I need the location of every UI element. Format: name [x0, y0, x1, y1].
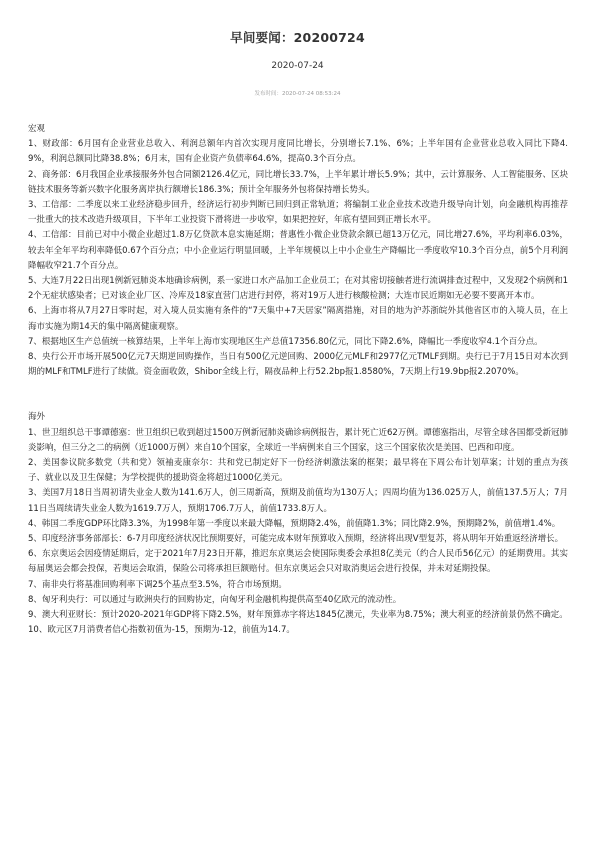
news-item: 6、上海市将从7月27日零时起，对入境人员实施有条件的“7天集中+7天居家”隔离… — [28, 304, 568, 334]
news-item: 2、美国参议院多数党（共和党）领袖麦康奈尔：共和党已制定好下一份经济刺激法案的框… — [28, 456, 568, 486]
news-item: 6、东京奥运会因疫情延期后，定于2021年7月23日开幕，推迟东京奥运会使国际奥… — [28, 547, 568, 577]
news-item: 7、南非央行将基准回购利率下调25个基点至3.5%，符合市场预期。 — [28, 578, 568, 593]
news-item: 4、工信部：目前已对中小微企业超过1.8万亿贷款本息实施延期；普惠性小微企业贷款… — [28, 228, 568, 274]
article-body: 宏观 1、财政部：6月国有企业营业总收入、利润总额年内首次实现月度同比增长，分别… — [28, 122, 568, 639]
section-title-overseas: 海外 — [28, 410, 568, 425]
news-item: 5、印度经济事务部部长：6-7月印度经济状况比预期要好，可能完成本财年预算收入预… — [28, 532, 568, 547]
publish-time-value: 2020-07-24 08:53:24 — [282, 91, 340, 97]
news-item: 9、澳大利亚财长：预计2020-2021年GDP将下降2.5%，财年预算赤字将达… — [28, 608, 568, 623]
publish-time-label: 发布时间： — [255, 91, 283, 97]
news-item: 1、财政部：6月国有企业营业总收入、利润总额年内首次实现月度同比增长，分别增长7… — [28, 137, 568, 167]
publish-time: 发布时间：2020-07-24 08:53:24 — [0, 89, 595, 97]
section-overseas: 海外 1、世卫组织总干事谭德塞：世卫组织已收到超过1500万例新冠肺炎确诊病例报… — [28, 410, 568, 638]
news-item: 1、世卫组织总干事谭德塞：世卫组织已收到超过1500万例新冠肺炎确诊病例报告，累… — [28, 426, 568, 456]
news-item: 8、央行公开市场开展500亿元7天期逆回购操作，当日有500亿元逆回购、2000… — [28, 350, 568, 380]
section-title-macro: 宏观 — [28, 122, 568, 137]
page-title: 早间要闻：20200724 — [0, 28, 595, 46]
news-item: 10、欧元区7月消费者信心指数初值为-15，预期为-12，前值为14.7。 — [28, 623, 568, 638]
section-macro: 宏观 1、财政部：6月国有企业营业总收入、利润总额年内首次实现月度同比增长，分别… — [28, 122, 568, 380]
report-date: 2020-07-24 — [0, 61, 595, 71]
section-spacer — [28, 380, 568, 410]
news-item: 8、匈牙利央行：可以通过与欧洲央行的回购协定，向匈牙利金融机构提供高至40亿欧元… — [28, 593, 568, 608]
news-item: 7、根据地区生产总值统一核算结果，上半年上海市实现地区生产总值17356.80亿… — [28, 335, 568, 350]
news-item: 4、韩国二季度GDP环比降3.3%，为1998年第一季度以来最大降幅，预期降2.… — [28, 517, 568, 532]
news-item: 2、商务部：6月我国企业承接服务外包合同额2126.4亿元，同比增长33.7%，… — [28, 168, 568, 198]
news-item: 3、美国7月18日当周初请失业金人数为141.6万人，创三周新高，预期及前值均为… — [28, 486, 568, 516]
news-item: 5、大连7月22日出现1例新冠肺炎本地确诊病例，系一家进口水产品加工企业员工；在… — [28, 274, 568, 304]
news-item: 3、工信部：二季度以来工业经济稳步回升，经济运行初步判断已回归到正常轨道；将编制… — [28, 198, 568, 228]
